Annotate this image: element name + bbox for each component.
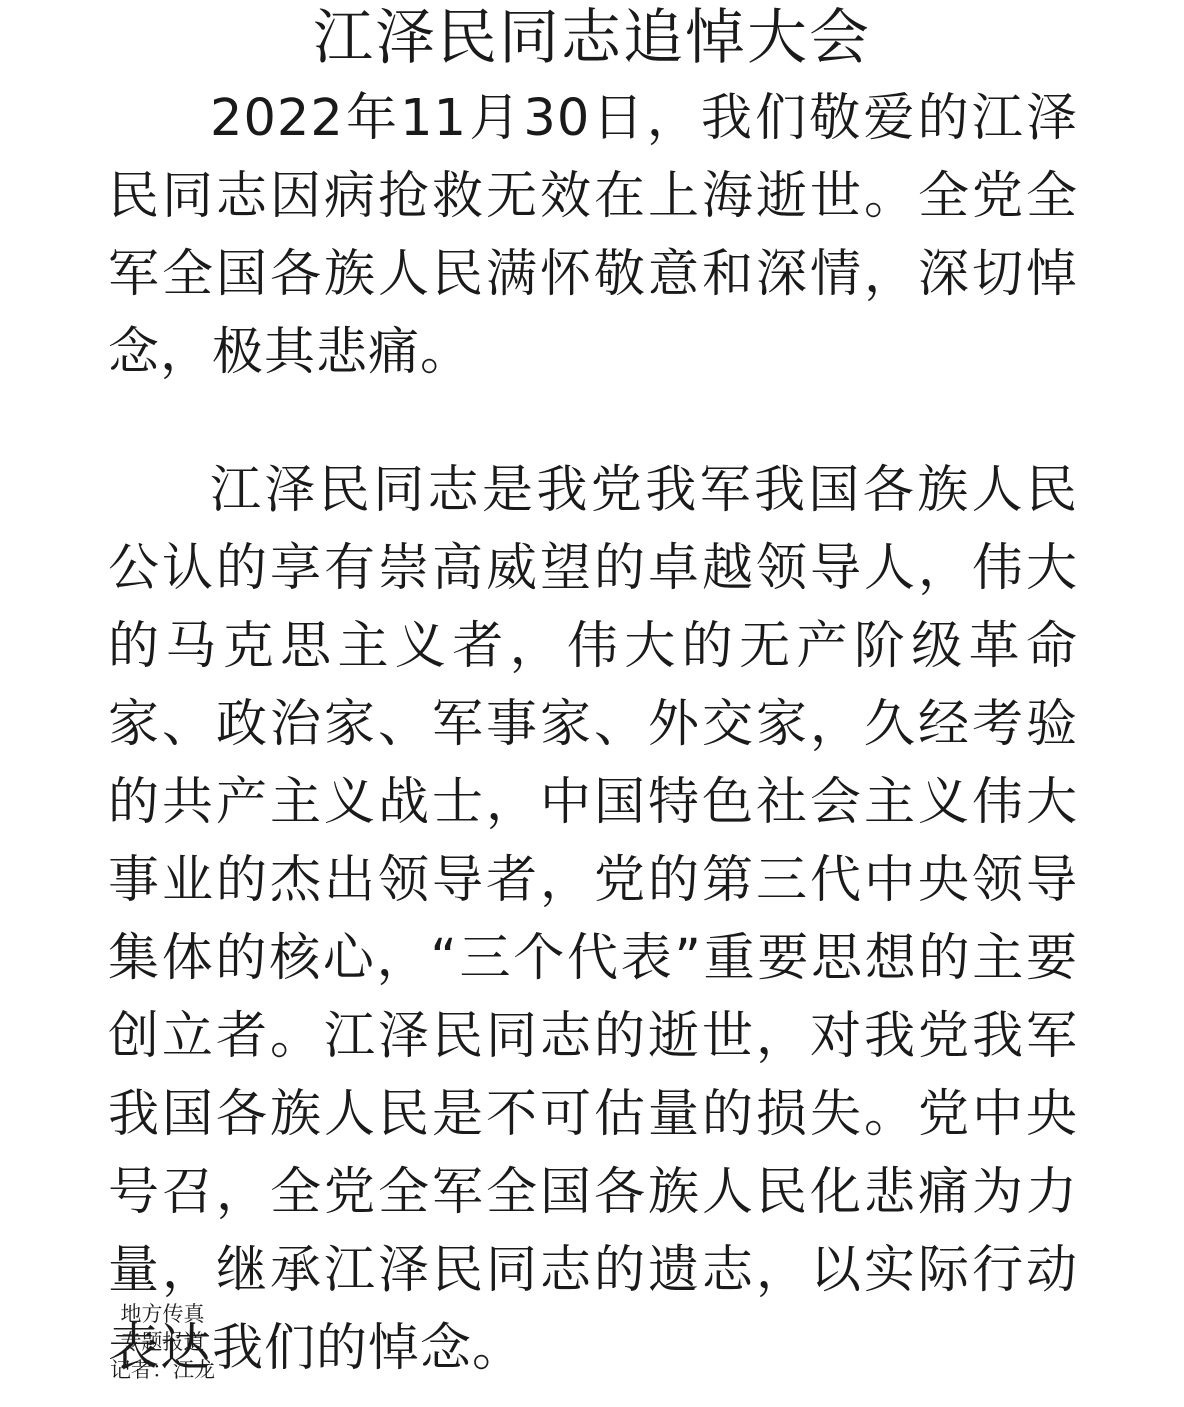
article-title: 江泽民同志追悼大会: [0, 2, 1184, 74]
footer-reporter: 记者：江龙: [100, 1356, 225, 1384]
article-paragraph-2: 江泽民同志是我党我军我国各族人民公认的享有崇高威望的卓越领导人，伟大的马克思主义…: [108, 452, 1078, 1388]
footer-source: 地方传真: [100, 1300, 225, 1328]
article-footer: 地方传真 专题报道 记者：江龙: [100, 1300, 225, 1384]
article-paragraph-1: 2022年11月30日，我们敬爱的江泽民同志因病抢救无效在上海逝世。全党全军全国…: [108, 80, 1078, 392]
footer-column: 专题报道: [100, 1328, 225, 1356]
